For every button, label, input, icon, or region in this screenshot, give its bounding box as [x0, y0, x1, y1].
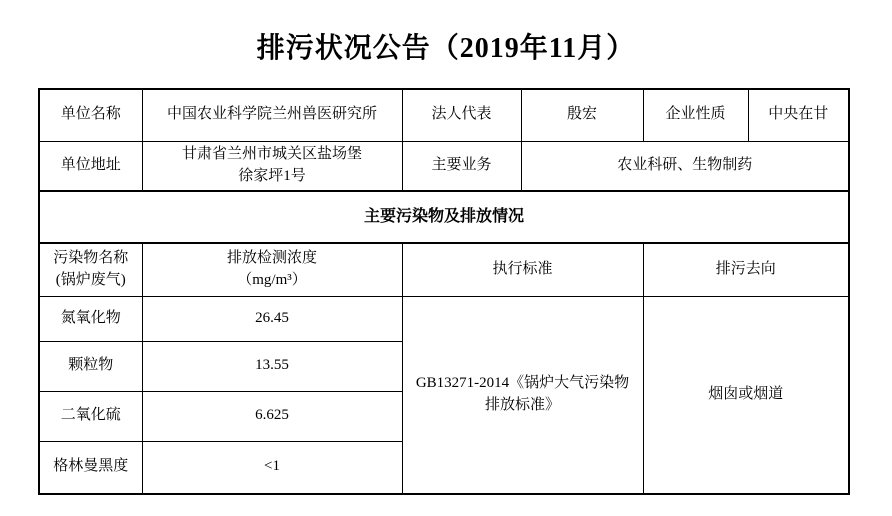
table-row-unit-address: 单位地址 甘肃省兰州市城关区盐场堡 徐家坪1号 主要业务 农业科研、生物制药 — [39, 141, 849, 191]
unit-name-value: 中国农业科学院兰州兽医研究所 — [142, 89, 402, 141]
pollutant-name-nox: 氮氧化物 — [39, 296, 142, 341]
concentration-header: 排放检测浓度 （mg/m³） — [142, 243, 402, 296]
unit-address-value: 甘肃省兰州市城关区盐场堡 徐家坪1号 — [142, 141, 402, 191]
legal-rep-label: 法人代表 — [402, 89, 521, 141]
standard-value: GB13271-2014《锅炉大气污染物 排放标准》 — [402, 296, 643, 494]
pollutant-value-ringelmann: <1 — [142, 441, 402, 494]
unit-name-label: 单位名称 — [39, 89, 142, 141]
main-business-label: 主要业务 — [402, 141, 521, 191]
table-row-column-headers: 污染物名称 (锅炉废气) 排放检测浓度 （mg/m³） 执行标准 排污去向 — [39, 243, 849, 296]
main-business-value: 农业科研、生物制药 — [521, 141, 849, 191]
pollutant-value-so2: 6.625 — [142, 391, 402, 441]
unit-address-label: 单位地址 — [39, 141, 142, 191]
pollutant-value-nox: 26.45 — [142, 296, 402, 341]
enterprise-nature-value: 中央在甘 — [748, 89, 849, 141]
pollutant-name-ringelmann: 格林曼黑度 — [39, 441, 142, 494]
destination-value: 烟囱或烟道 — [643, 296, 849, 494]
standard-header: 执行标准 — [402, 243, 643, 296]
pollutant-name-so2: 二氧化硫 — [39, 391, 142, 441]
legal-rep-value: 殷宏 — [521, 89, 643, 141]
announcement-page: 排污状况公告（2019年11月） 单位名称 中国农业科学院兰州兽医研究所 法人代… — [0, 0, 892, 516]
enterprise-nature-label: 企业性质 — [643, 89, 748, 141]
pollutant-name-particulate: 颗粒物 — [39, 341, 142, 391]
pollutant-name-header: 污染物名称 (锅炉废气) — [39, 243, 142, 296]
destination-header: 排污去向 — [643, 243, 849, 296]
table-row-nox: 氮氧化物 26.45 GB13271-2014《锅炉大气污染物 排放标准》 烟囱… — [39, 296, 849, 341]
pollution-report-table: 单位名称 中国农业科学院兰州兽医研究所 法人代表 殷宏 企业性质 中央在甘 单位… — [38, 88, 850, 495]
page-title: 排污状况公告（2019年11月） — [0, 26, 892, 66]
pollutant-value-particulate: 13.55 — [142, 341, 402, 391]
table-row-unit-name: 单位名称 中国农业科学院兰州兽医研究所 法人代表 殷宏 企业性质 中央在甘 — [39, 89, 849, 141]
section-header: 主要污染物及排放情况 — [39, 191, 849, 243]
table-row-section-header: 主要污染物及排放情况 — [39, 191, 849, 243]
